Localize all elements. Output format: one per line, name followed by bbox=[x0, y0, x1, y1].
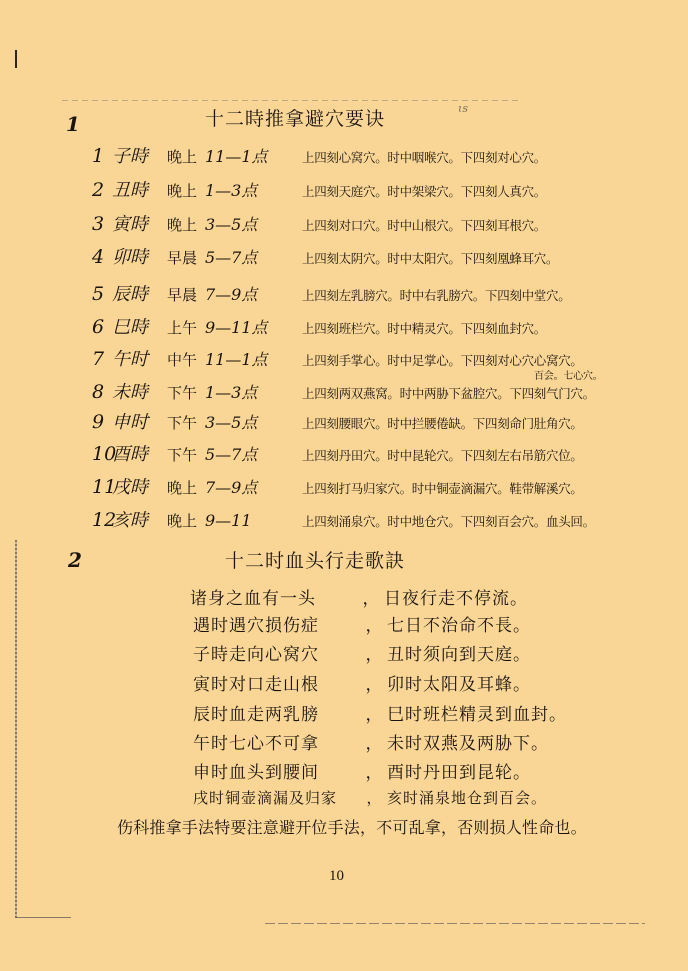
verse-line: 寅时对口走山根 ， 卯时太阳及耳蜂。 bbox=[193, 670, 531, 695]
verse-left: 寅时对口走山根 bbox=[193, 670, 361, 695]
time-period: 晚上 bbox=[167, 477, 205, 498]
row-number: 6 bbox=[92, 316, 112, 338]
time-period: 下午 bbox=[167, 382, 205, 403]
acupoints: 上四刻腰眼穴。时中拦腰倦缺。下四刻命门肚角穴。 bbox=[302, 414, 583, 432]
time-range: 5—7点 bbox=[205, 442, 302, 465]
section-title: 十二时血头行走歌訣 bbox=[225, 546, 405, 573]
table-row: 9 申时 下午 3—5点 上四刻腰眼穴。时中拦腰倦缺。下四刻命门肚角穴。 bbox=[92, 408, 672, 438]
row-number: 10 bbox=[92, 443, 112, 465]
time-range: 11—1点 bbox=[205, 347, 302, 370]
table-row: 1 子時 晚上 11—1点 上四刻心窝穴。时中咽喉穴。下四刻对心穴。 bbox=[92, 142, 672, 172]
table-row: 3 寅時 晚上 3—5点 上四刻对口穴。时中山根穴。下四刻耳根穴。 bbox=[92, 210, 672, 240]
time-range: 11—1点 bbox=[205, 144, 302, 167]
time-range: 1—3点 bbox=[205, 178, 302, 201]
verse-separator: ， bbox=[358, 584, 384, 609]
time-period: 晚上 bbox=[167, 146, 205, 167]
time-period: 下午 bbox=[167, 412, 205, 433]
time-range: 5—7点 bbox=[205, 245, 302, 268]
acupoints: 上四刻心窝穴。时中咽喉穴。下四刻对心穴。 bbox=[302, 148, 546, 166]
row-number: 12 bbox=[92, 509, 112, 531]
hour-name: 未時 bbox=[112, 378, 167, 404]
row-number: 11 bbox=[92, 476, 112, 498]
table-row: 7 午时 中午 11—1点 上四刻手掌心。时中足掌心。下四刻对心穴心窝穴。 百会… bbox=[92, 345, 672, 375]
time-range: 3—5点 bbox=[205, 410, 302, 433]
row-number: 5 bbox=[92, 283, 112, 305]
verse-left: 戌时铜壶滴漏及归家 bbox=[193, 787, 361, 808]
acupoints: 上四刻两双燕窝。时中两胁下盆腔穴。下四刻气门穴。 bbox=[302, 384, 595, 402]
scan-edge-mark bbox=[15, 50, 17, 68]
acupoints: 上四刻天庭穴。时中架梁穴。下四刻人真穴。 bbox=[302, 182, 546, 200]
hour-name: 巳時 bbox=[112, 313, 167, 339]
time-range: 7—9点 bbox=[205, 475, 302, 498]
section-number: 1 bbox=[66, 112, 80, 136]
closing-warning-note: 伤科推拿手法特要注意避开位手法，不可乱拿，否则损人性命也。 bbox=[117, 815, 587, 838]
time-period: 早晨 bbox=[167, 247, 205, 268]
stray-pencil-mark: ɩs bbox=[458, 102, 468, 115]
verse-line: 申时血头到腰间 ， 酉时丹田到昆轮。 bbox=[193, 758, 531, 783]
verse-separator: ， bbox=[361, 640, 387, 665]
verse-separator: ， bbox=[361, 700, 387, 725]
verse-right: 日夜行走不停流。 bbox=[384, 584, 528, 609]
time-range: 7—9点 bbox=[205, 282, 302, 305]
time-period: 晚上 bbox=[167, 180, 205, 201]
row-number: 4 bbox=[92, 246, 112, 268]
hour-name: 卯時 bbox=[112, 243, 167, 269]
time-range: 9—11 bbox=[205, 511, 302, 530]
acupoints: 上四刻打马归家穴。时中铜壶滴漏穴。鞋带解溪穴。 bbox=[302, 479, 583, 497]
hour-name: 午时 bbox=[112, 345, 167, 371]
acupoints: 上四刻涌泉穴。时中地仓穴。下四刻百会穴。血头回。 bbox=[302, 512, 595, 530]
time-period: 晚上 bbox=[167, 214, 205, 235]
table-row: 11 戌時 晚上 7—9点 上四刻打马归家穴。时中铜壶滴漏穴。鞋带解溪穴。 bbox=[92, 473, 672, 503]
verse-line: 遇时遇穴损伤症 ， 七日不治命不長。 bbox=[193, 611, 531, 636]
table-row: 6 巳時 上午 9—11点 上四刻班栏穴。时中精灵穴。下四刻血封穴。 bbox=[92, 313, 672, 343]
verse-right: 巳时班栏精灵到血封。 bbox=[387, 700, 567, 725]
acupoints: 上四刻班栏穴。时中精灵穴。下四刻血封穴。 bbox=[302, 319, 546, 337]
verse-line: 午时七心不可拿 ， 未时双燕及两胁下。 bbox=[193, 729, 549, 754]
verse-right: 丑时须向到天庭。 bbox=[387, 640, 531, 665]
verse-line: 戌时铜壶滴漏及归家 ， 亥时涌泉地仓到百会。 bbox=[193, 787, 547, 808]
hour-name: 寅時 bbox=[112, 210, 167, 236]
row-number: 3 bbox=[92, 213, 112, 235]
section-title: 十二時推拿避穴要诀 bbox=[205, 104, 385, 131]
scanned-document-page: ɩs 1 十二時推拿避穴要诀 1 子時 晚上 11—1点 上四刻心窝穴。时中咽喉… bbox=[0, 0, 688, 971]
verse-separator: ， bbox=[361, 758, 387, 783]
acupoints: 上四刻丹田穴。时中昆轮穴。下四刻左右吊筋穴位。 bbox=[302, 446, 583, 464]
verse-right: 酉时丹田到昆轮。 bbox=[387, 758, 531, 783]
verse-left: 申时血头到腰间 bbox=[193, 758, 361, 783]
verse-line: 诸身之血有一头 ， 日夜行走不停流。 bbox=[190, 584, 528, 609]
verse-left: 诸身之血有一头 bbox=[190, 584, 358, 609]
hour-name: 酉時 bbox=[112, 440, 167, 466]
acupoints: 上四刻对口穴。时中山根穴。下四刻耳根穴。 bbox=[302, 216, 546, 234]
time-period: 晚上 bbox=[167, 510, 205, 531]
table-row: 8 未時 下午 1—3点 上四刻两双燕窝。时中两胁下盆腔穴。下四刻气门穴。 bbox=[92, 378, 672, 408]
verse-left: 子時走向心窝穴 bbox=[193, 640, 361, 665]
bottom-border-line bbox=[265, 923, 645, 924]
verse-right: 七日不治命不長。 bbox=[387, 611, 531, 636]
time-period: 下午 bbox=[167, 444, 205, 465]
verse-right: 卯时太阳及耳蜂。 bbox=[387, 670, 531, 695]
time-range: 9—11点 bbox=[205, 315, 302, 338]
verse-left: 午时七心不可拿 bbox=[193, 729, 361, 754]
hour-name: 辰時 bbox=[112, 280, 167, 306]
table-row: 5 辰時 早晨 7—9点 上四刻左乳膀穴。时中右乳膀穴。下四刻中堂穴。 bbox=[92, 280, 672, 310]
table-row: 12 亥時 晚上 9—11 上四刻涌泉穴。时中地仓穴。下四刻百会穴。血头回。 bbox=[92, 506, 672, 536]
verse-separator: ， bbox=[361, 611, 387, 636]
row-number: 2 bbox=[92, 179, 112, 201]
row-number: 1 bbox=[92, 145, 112, 167]
verse-separator: ， bbox=[361, 670, 387, 695]
hour-name: 戌時 bbox=[112, 473, 167, 499]
table-row: 2 丑時 晚上 1—3点 上四刻天庭穴。时中架梁穴。下四刻人真穴。 bbox=[92, 176, 672, 206]
left-margin-border bbox=[15, 540, 17, 918]
hour-name: 亥時 bbox=[112, 506, 167, 532]
acupoints: 上四刻太阴穴。时中太阳穴。下四刻凰蜂耳穴。 bbox=[302, 249, 558, 267]
verse-separator: ， bbox=[361, 787, 387, 808]
row-number: 9 bbox=[92, 411, 112, 433]
verse-left: 遇时遇穴损伤症 bbox=[193, 611, 361, 636]
row-number: 7 bbox=[92, 348, 112, 370]
hour-name: 子時 bbox=[112, 142, 167, 168]
verse-left: 辰时血走两乳膀 bbox=[193, 700, 361, 725]
hour-name: 申时 bbox=[112, 408, 167, 434]
time-period: 上午 bbox=[167, 317, 205, 338]
acupoints: 上四刻左乳膀穴。时中右乳膀穴。下四刻中堂穴。 bbox=[302, 286, 570, 304]
row-number: 8 bbox=[92, 381, 112, 403]
time-range: 3—5点 bbox=[205, 212, 302, 235]
time-period: 中午 bbox=[167, 349, 205, 370]
verse-line: 辰时血走两乳膀 ， 巳时班栏精灵到血封。 bbox=[193, 700, 567, 725]
verse-right: 亥时涌泉地仓到百会。 bbox=[387, 787, 547, 808]
verse-line: 子時走向心窝穴 ， 丑时须向到天庭。 bbox=[193, 640, 531, 665]
hour-name: 丑時 bbox=[112, 176, 167, 202]
section-number: 2 bbox=[68, 548, 82, 572]
verse-right: 未时双燕及两胁下。 bbox=[387, 729, 549, 754]
top-dashed-rule bbox=[62, 100, 522, 101]
time-range: 1—3点 bbox=[205, 380, 302, 403]
table-row: 4 卯時 早晨 5—7点 上四刻太阴穴。时中太阳穴。下四刻凰蜂耳穴。 bbox=[92, 243, 672, 273]
bottom-border-line bbox=[15, 917, 71, 918]
verse-separator: ， bbox=[361, 729, 387, 754]
table-row: 10 酉時 下午 5—7点 上四刻丹田穴。时中昆轮穴。下四刻左右吊筋穴位。 bbox=[92, 440, 672, 470]
time-period: 早晨 bbox=[167, 284, 205, 305]
page-number: 10 bbox=[329, 868, 344, 885]
